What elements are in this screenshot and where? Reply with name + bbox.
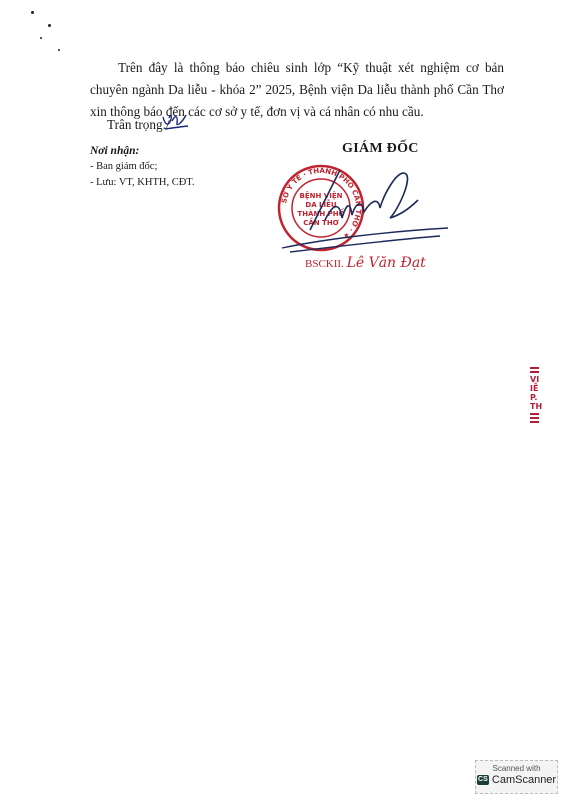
edge-stamp-text: VI <box>530 375 550 384</box>
edge-stamp-text: TH <box>530 402 550 411</box>
stamp-bar <box>530 417 539 419</box>
signer-name: Lê Văn Đạt <box>347 255 426 271</box>
camscanner-watermark: Scanned with CS CamScanner <box>475 760 558 794</box>
stamp-bar <box>530 371 539 373</box>
body-text: Trên đây là thông báo chiêu sinh lớp “Kỹ… <box>90 60 504 119</box>
recipients-title: Nơi nhận: <box>90 143 195 159</box>
scan-speck <box>31 11 34 14</box>
watermark-brand: CS CamScanner <box>476 774 557 786</box>
edge-stamp-fragment: VI IỄ P. TH <box>530 365 550 465</box>
position-title: GIÁM ĐỐC <box>342 141 419 157</box>
scan-speck <box>48 24 51 27</box>
watermark-brand-name: CamScanner <box>492 774 556 786</box>
director-signature-icon <box>280 160 450 260</box>
watermark-top-text: Scanned with <box>476 764 557 773</box>
stamp-bar <box>530 367 539 369</box>
signer-prefix: BSCKII. <box>305 258 344 270</box>
edge-stamp-text: IỄ <box>530 384 550 393</box>
recipient-item: - Ban giám đốc; <box>90 159 195 175</box>
scan-speck <box>58 49 60 51</box>
signer: BSCKII. Lê Văn Đạt <box>305 255 426 271</box>
edge-stamp-text: P. <box>530 393 550 402</box>
recipient-item: - Lưu: VT, KHTH, CĐT. <box>90 175 195 191</box>
stamp-bar <box>530 413 539 415</box>
camscanner-logo-icon: CS <box>477 775 489 785</box>
initials-signature-icon <box>160 111 190 133</box>
stamp-bar <box>530 421 539 423</box>
scan-speck <box>40 37 42 39</box>
body-paragraph: Trên đây là thông báo chiêu sinh lớp “Kỹ… <box>90 57 504 123</box>
recipients-block: Nơi nhận: - Ban giám đốc; - Lưu: VT, KHT… <box>90 143 195 191</box>
